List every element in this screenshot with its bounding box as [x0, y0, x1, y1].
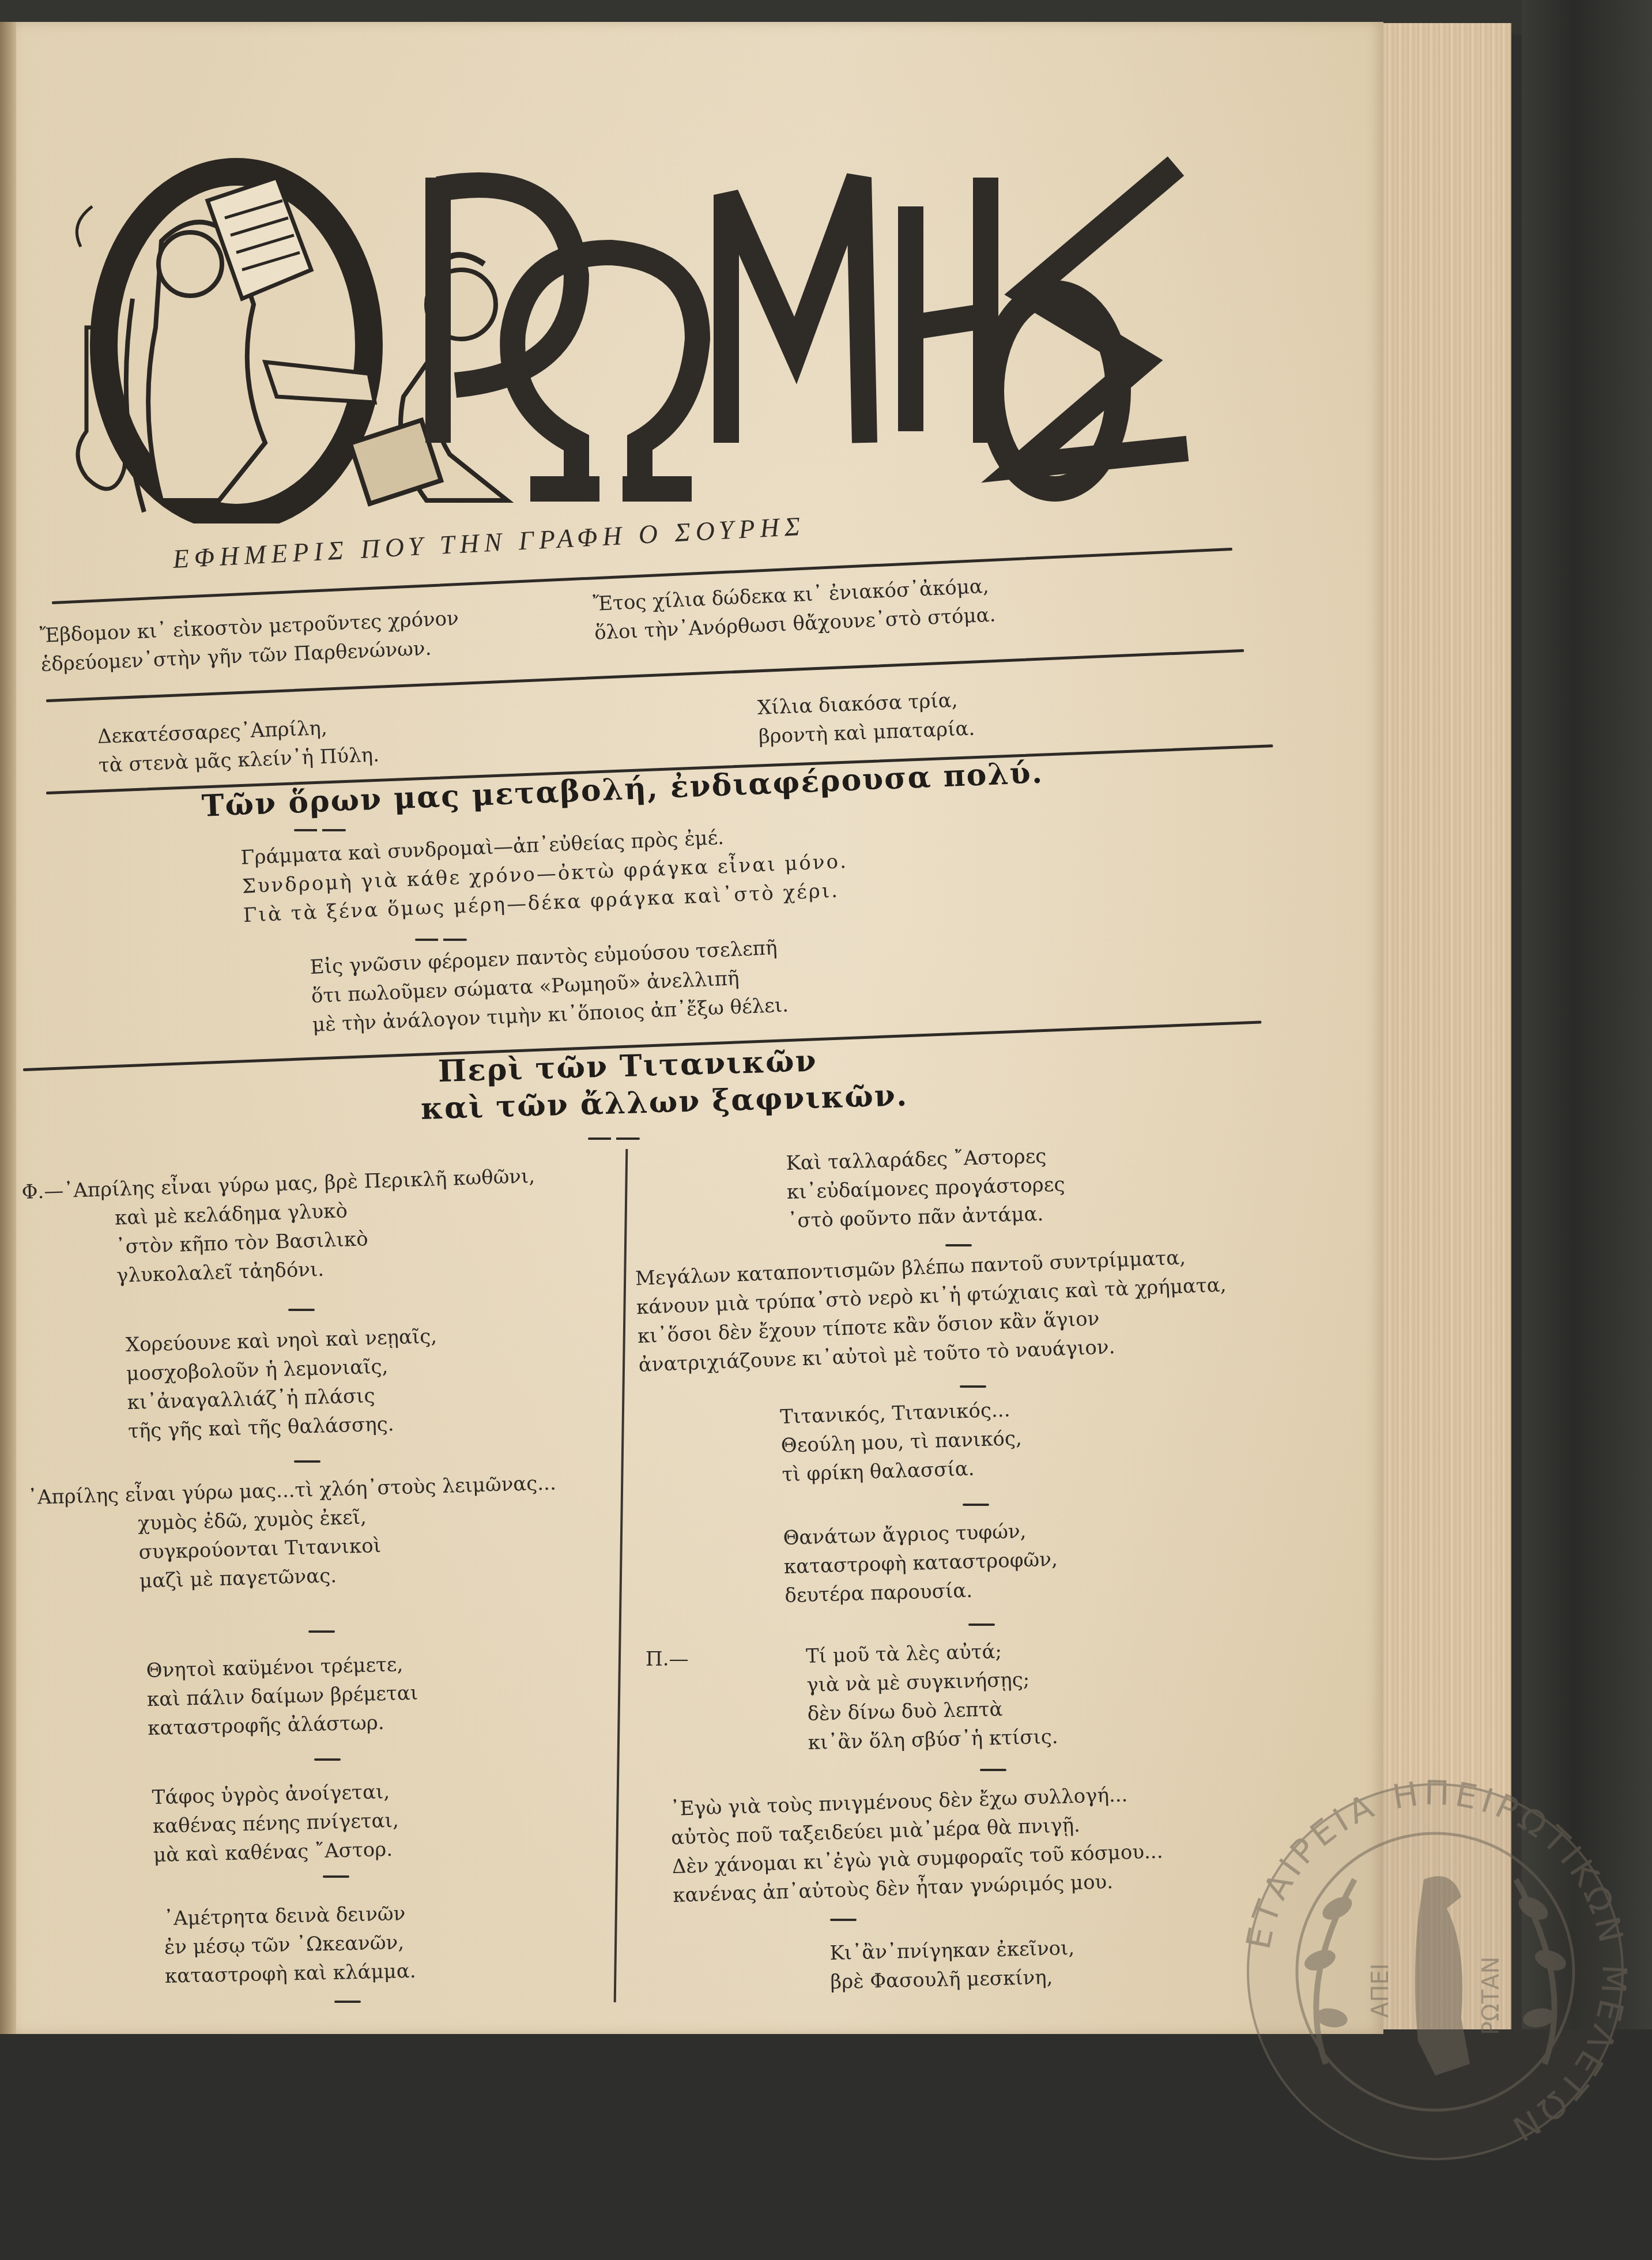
separator-dash — [960, 1385, 986, 1388]
left-stanza-4: Θνητοὶ καϋμένοι τρέμετε, καὶ πάλιν δαίμω… — [146, 1650, 419, 1743]
separator-dash — [963, 1504, 989, 1506]
separator-dash — [294, 829, 346, 831]
right-stanza-1: Καὶ ταλλαράδες ῎Αστορες κι᾽εὐδαίμονες πρ… — [786, 1142, 1066, 1236]
separator-dash — [288, 1309, 315, 1311]
left-stanza-3: ᾽Απρίλης εἶναι γύρω μας...τὶ χλόη᾽στοὺς … — [27, 1468, 559, 1599]
left-stanza-2: Χορεύουνε καὶ νηοὶ καὶ νεῃαῖς, μοσχοβολο… — [125, 1322, 440, 1446]
separator-dash — [323, 1875, 349, 1878]
speaker-label-pi: Π.— — [646, 1645, 688, 1674]
left-stanza-1: Φ.—᾽Απρίλης εἶναι γύρω μας, βρὲ Περικλῆ … — [21, 1162, 538, 1293]
stanza-line: κι᾽ἂν ὅλη σβύσ᾽ἡ κτίσις. — [808, 1722, 1058, 1757]
newspaper-page: ΕΦΗΜΕΡΙΣ ΠΟΥ ΤΗΝ ΓΡΑΦΗ Ο ΣΟΥΡΗΣ Ἔβδομον … — [0, 22, 1383, 2034]
stanza-line: βρὲ Φασουλῆ μεσκίνη, — [830, 1963, 1076, 1997]
seal-inner-right: ΡΩΤΑΝ — [1478, 1957, 1504, 2035]
seal-inner-left: ΑΠΕΙ — [1367, 1963, 1394, 2018]
separator-dash — [334, 2001, 361, 2003]
stanza-line: καταστροφὴ καὶ κλάμμα. — [165, 1957, 416, 1991]
separator-dash — [968, 1624, 995, 1626]
dateline-right: Ἔτος χίλια δώδεκα κι᾽ ἐνιακόσ᾽ἀκόμα, ὅλο… — [593, 571, 997, 647]
right-stanza-5: Τί μοῦ τὰ λὲς αὐτά; γιὰ νὰ μὲ συγκινήσῃς… — [806, 1636, 1059, 1757]
date-right: Χίλια διακόσα τρία, βροντὴ καὶ μπαταρία. — [757, 685, 975, 751]
stanza-line: ᾽Αμέτρητα δεινὰ δεινῶν — [163, 1899, 414, 1933]
dateline-left: Ἔβδομον κι᾽ εἰκοστὸν μετροῦντες χρόνον ἑ… — [39, 604, 461, 679]
page-stack-edge — [1372, 23, 1511, 2029]
page-gutter — [0, 22, 16, 2034]
masthead-title-art — [403, 143, 1239, 512]
left-stanza-6: ᾽Αμέτρητα δεινὰ δεινῶν ἐν μέσῳ τῶν ᾽Ωκεα… — [163, 1899, 416, 1991]
column-divider — [614, 1149, 628, 2002]
right-stanza-7: Κι᾽ἂν᾽πνίγηκαν ἐκεῖνοι, βρὲ Φασουλῆ μεσκ… — [829, 1934, 1076, 1997]
separator-dash — [588, 1137, 640, 1140]
notice-announcement: Εἰς γνῶσιν φέρομεν παντὸς εὐμούσου τσελε… — [310, 933, 789, 1039]
title-lettering-icon — [403, 143, 1239, 512]
left-stanza-5: Τάφος ὑγρὸς ἀνοίγεται, καθένας πένης πνί… — [152, 1777, 399, 1870]
library-seal-stamp: ΕΤΑΙΡΕΙΑ ΗΠΕΙΡΩΤΙΚΩΝ ΜΕΛΕΤΩΝ ΑΠΕΙ ΡΩΤΑΝ — [1239, 1776, 1631, 2168]
separator-dash — [945, 1244, 972, 1246]
date-left: Δεκατέσσαρες᾽Απρίλη, τὰ στενὰ μᾶς κλείν᾽… — [97, 711, 380, 780]
separator-dash — [308, 1630, 335, 1633]
stanza-line: Κι᾽ἂν᾽πνίγηκαν ἐκεῖνοι, — [829, 1934, 1075, 1968]
separator-dash — [830, 1919, 857, 1921]
separator-dash — [314, 1758, 341, 1761]
stanza-line: μὰ καὶ καθένας ῎Αστορ. — [153, 1835, 400, 1870]
right-stanza-6: ᾽Εγὼ γιὰ τοὺς πνιγμένους δὲν ἔχω συλλογή… — [670, 1779, 1164, 1910]
stanza-line: καταστροφῆς ἀλάστωρ. — [148, 1708, 419, 1743]
notice-terms: Γράμματα καὶ συνδρομαὶ—ἀπ᾽εὐθείας πρὸς ἐ… — [240, 818, 850, 930]
stanza-line: ἐν μέσῳ τῶν ᾽Ωκεανῶν, — [164, 1928, 415, 1962]
right-stanza-4: Θανάτων ἄγριος τυφών, καταστροφὴ καταστρ… — [783, 1516, 1059, 1610]
separator-dash — [415, 939, 467, 941]
separator-dash — [980, 1769, 1006, 1771]
right-stanza-3: Τιτανικός, Τιτανικός... Θεούλη μου, τὶ π… — [780, 1395, 1024, 1489]
masthead — [46, 120, 1222, 535]
speaker-label-phi: Φ.— — [21, 1180, 64, 1204]
seal-eagle-icon: ΕΤΑΙΡΕΙΑ ΗΠΕΙΡΩΤΙΚΩΝ ΜΕΛΕΤΩΝ ΑΠΕΙ ΡΩΤΑΝ — [1239, 1776, 1631, 2168]
stanza-line: γιὰ νὰ μὲ συγκινήσῃς; — [806, 1664, 1057, 1700]
right-stanza-2: Μεγάλων καταποντισμῶν βλέπω παντοῦ συντρ… — [635, 1242, 1229, 1380]
separator-dash — [294, 1460, 320, 1463]
